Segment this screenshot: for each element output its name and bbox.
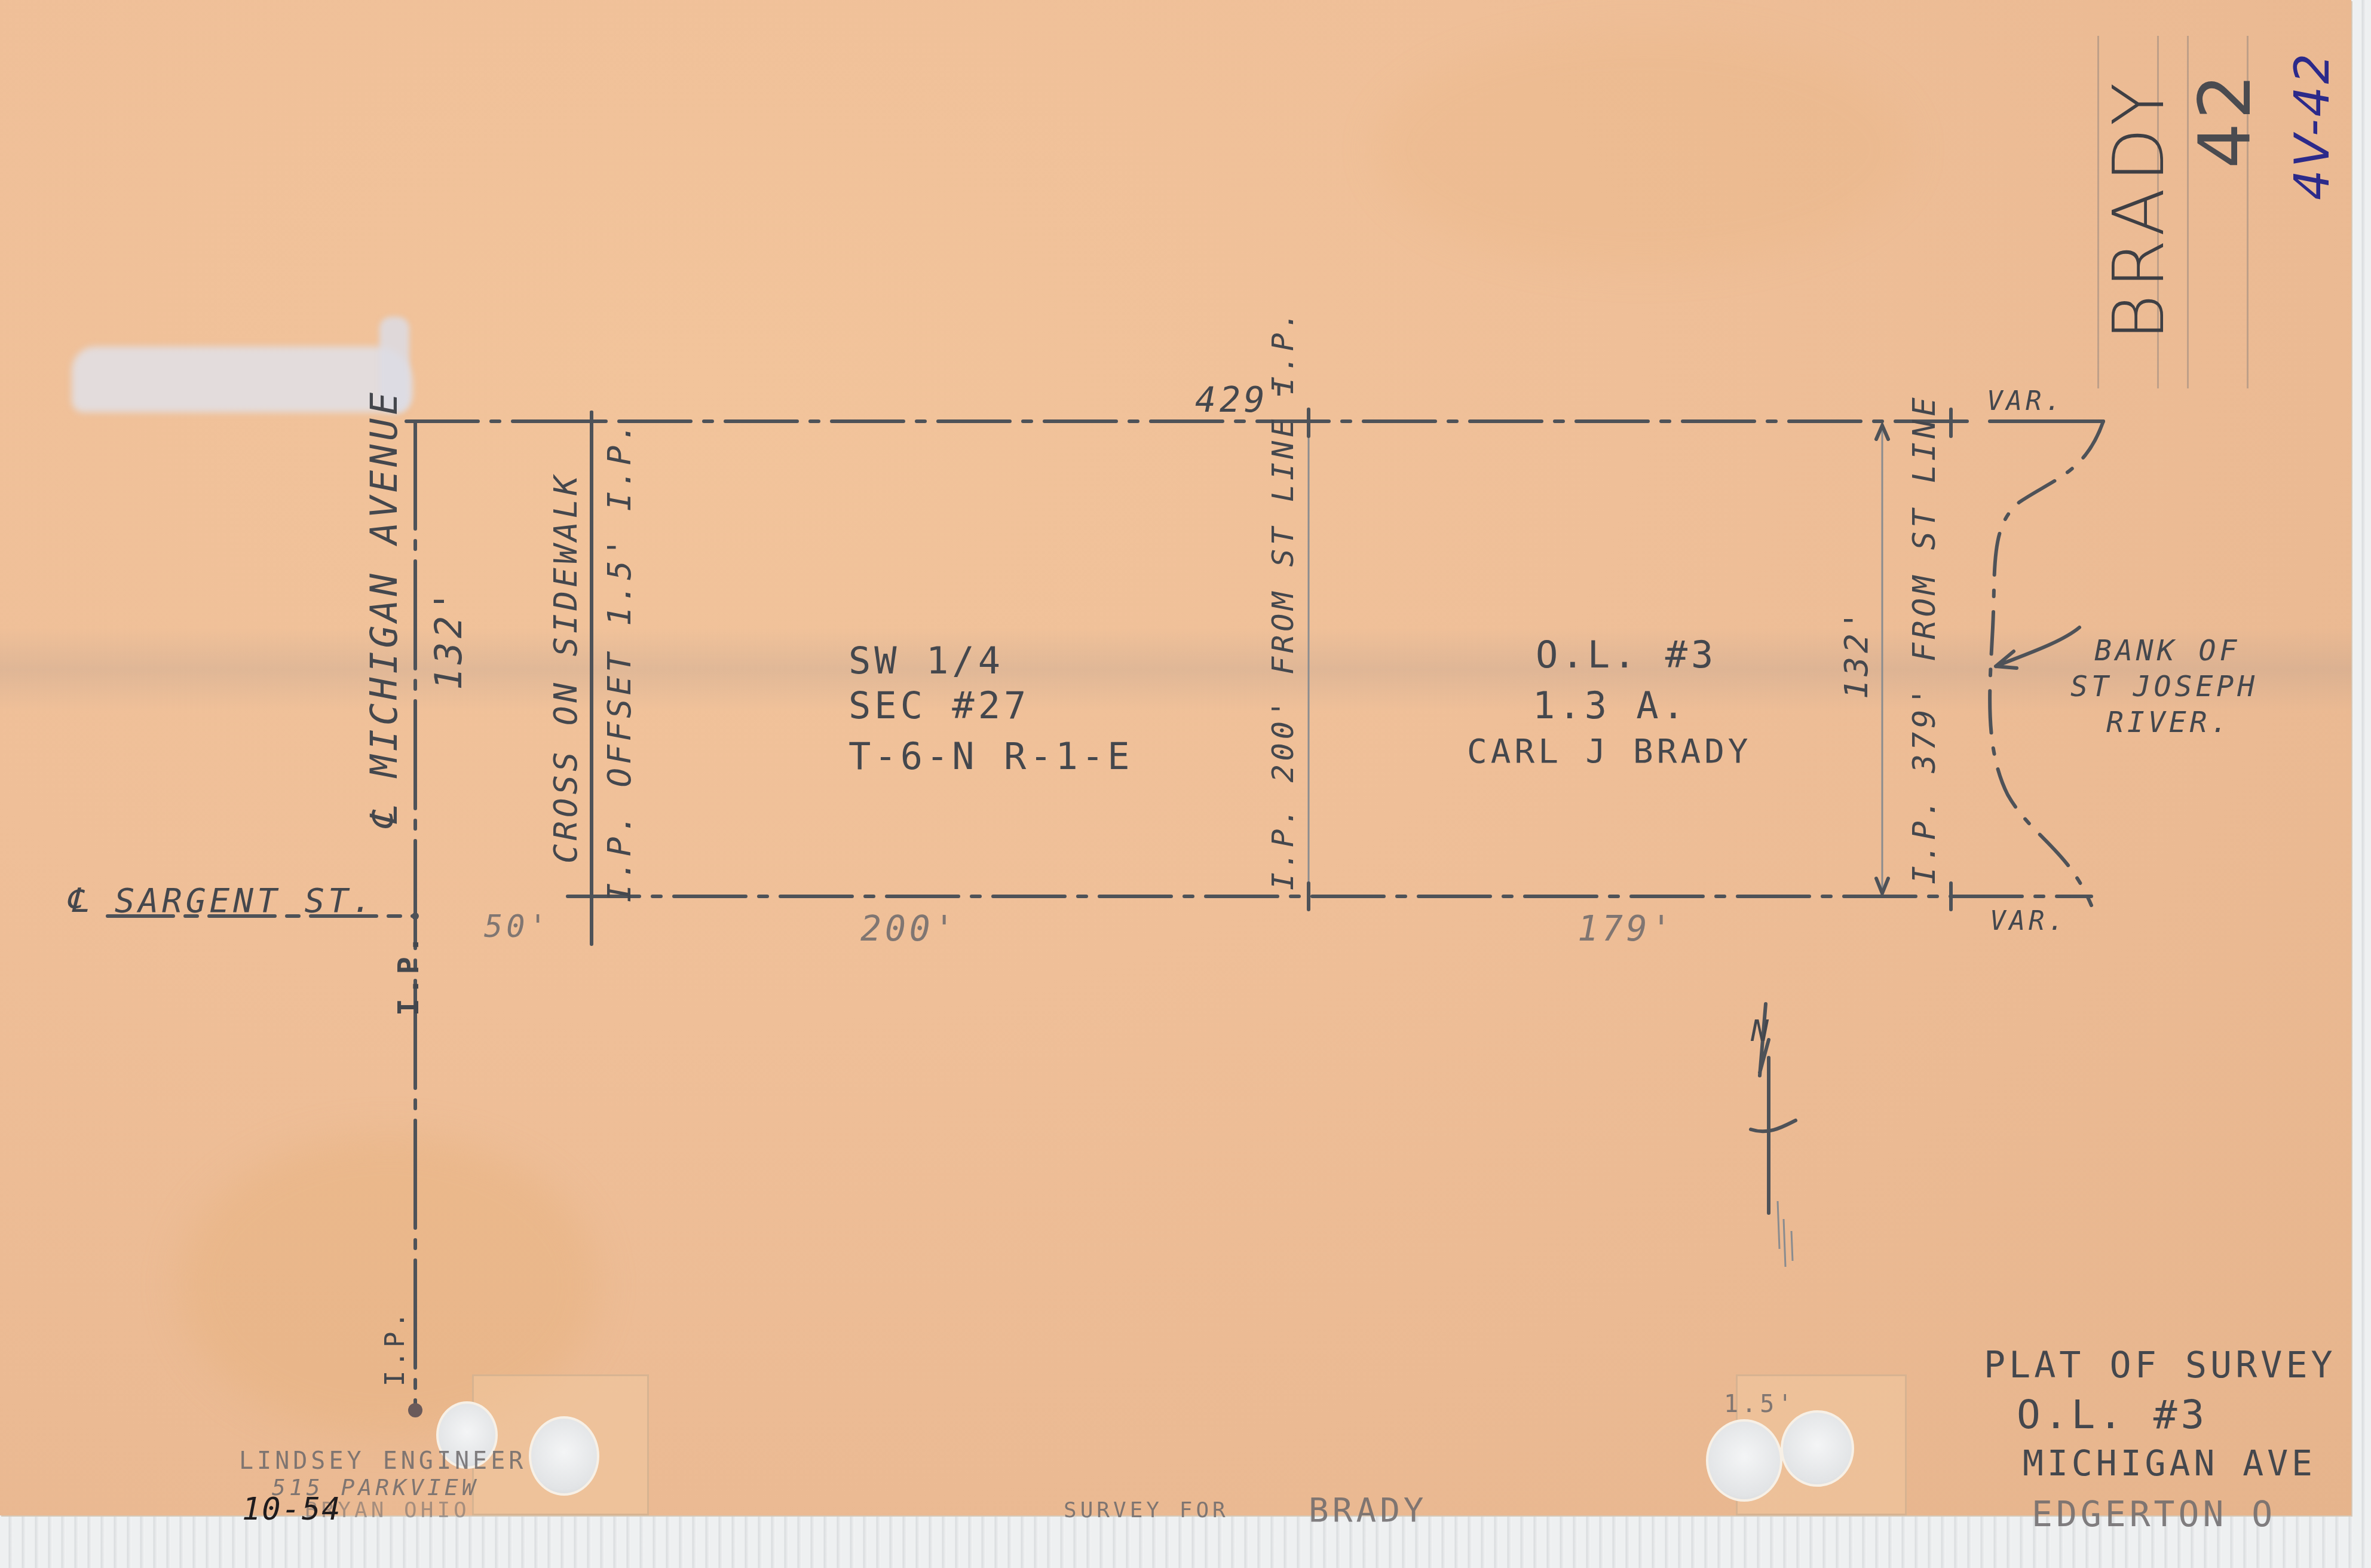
ip-bottom-label: I.P. bbox=[382, 1309, 409, 1386]
bottom-dimension-1: 50' bbox=[484, 911, 551, 942]
michigan-width-dimension: 132' bbox=[430, 587, 467, 690]
title-line-4: EDGERTON O bbox=[2032, 1497, 2276, 1532]
bottom-dimension-3: 179' bbox=[1577, 911, 1675, 946]
survey-date: 10-54 bbox=[242, 1494, 342, 1525]
patch-note: 1.5' bbox=[1724, 1392, 1796, 1416]
north-arrow-label: N bbox=[1751, 1016, 1772, 1046]
ip-200-from-street-label: I.P. 200' FROM ST LINE I.P. bbox=[1268, 308, 1298, 890]
ip-offset-label: I.P. OFFSET 1.5' I.P. bbox=[604, 419, 636, 902]
section-number-label: SEC #27 bbox=[848, 687, 1030, 724]
blue-ink-catalog-code: 4V-42 bbox=[2289, 51, 2336, 200]
survey-sheet: BRADY 42 4V-42 ℄ MICHIGAN AVENUE 132' CR… bbox=[0, 0, 2351, 1515]
iron-pin bbox=[412, 912, 419, 920]
township-range-label: T-6-N R-1-E bbox=[848, 738, 1134, 775]
north-arrow-hatching bbox=[1778, 1201, 1793, 1267]
east-side-dimension: 132' bbox=[1840, 607, 1873, 699]
title-line-2: O.L. #3 bbox=[2017, 1395, 2208, 1435]
title-line-3: MICHIGAN AVE bbox=[2023, 1446, 2316, 1481]
survey-for-label: SURVEY FOR bbox=[1064, 1500, 1229, 1521]
corner-name-label: BRADY bbox=[2103, 76, 2174, 341]
survey-for-name: BRADY bbox=[1309, 1494, 1427, 1527]
corner-file-number: 42 bbox=[2190, 70, 2262, 169]
bank-label-line2: ST JOSEPH bbox=[1975, 672, 2258, 701]
bank-label-line3: RIVER. bbox=[2106, 708, 2231, 737]
bottom-dimension-2: 200' bbox=[860, 911, 958, 946]
punched-hole bbox=[1706, 1419, 1782, 1502]
outlot-area-label: 1.3 A. bbox=[1533, 687, 1688, 724]
sargent-street-label: ℄ SARGENT ST. bbox=[66, 884, 376, 918]
punched-hole bbox=[529, 1416, 599, 1496]
var-bottom-label: VAR. bbox=[1990, 908, 2067, 935]
punched-hole bbox=[1781, 1410, 1854, 1487]
plat-drawing bbox=[0, 0, 2351, 1515]
bank-arrow bbox=[1996, 627, 2079, 668]
iron-pin bbox=[408, 1403, 422, 1417]
michigan-avenue-label: ℄ MICHIGAN AVENUE bbox=[366, 389, 403, 831]
outlot-owner-label: CARL J BRADY bbox=[1467, 735, 1752, 768]
var-top-label: VAR. bbox=[1987, 388, 2064, 415]
ip-379-from-street-label: I.P. 379' FROM ST LINE bbox=[1909, 394, 1940, 884]
ip-left-label: I.P. bbox=[394, 932, 423, 1016]
engineer-name: LINDSEY ENGINEER bbox=[239, 1449, 526, 1473]
north-arrow-tail bbox=[1751, 1120, 1796, 1131]
title-line-1: PLAT OF SURVEY bbox=[1984, 1347, 2336, 1383]
section-quarter-label: SW 1/4 bbox=[848, 642, 1004, 679]
cross-on-sidewalk-label: CROSS ON SIDEWALK bbox=[550, 472, 582, 863]
outlot-number-label: O.L. #3 bbox=[1536, 636, 1717, 673]
bank-label-line1: BANK OF bbox=[2094, 636, 2240, 665]
